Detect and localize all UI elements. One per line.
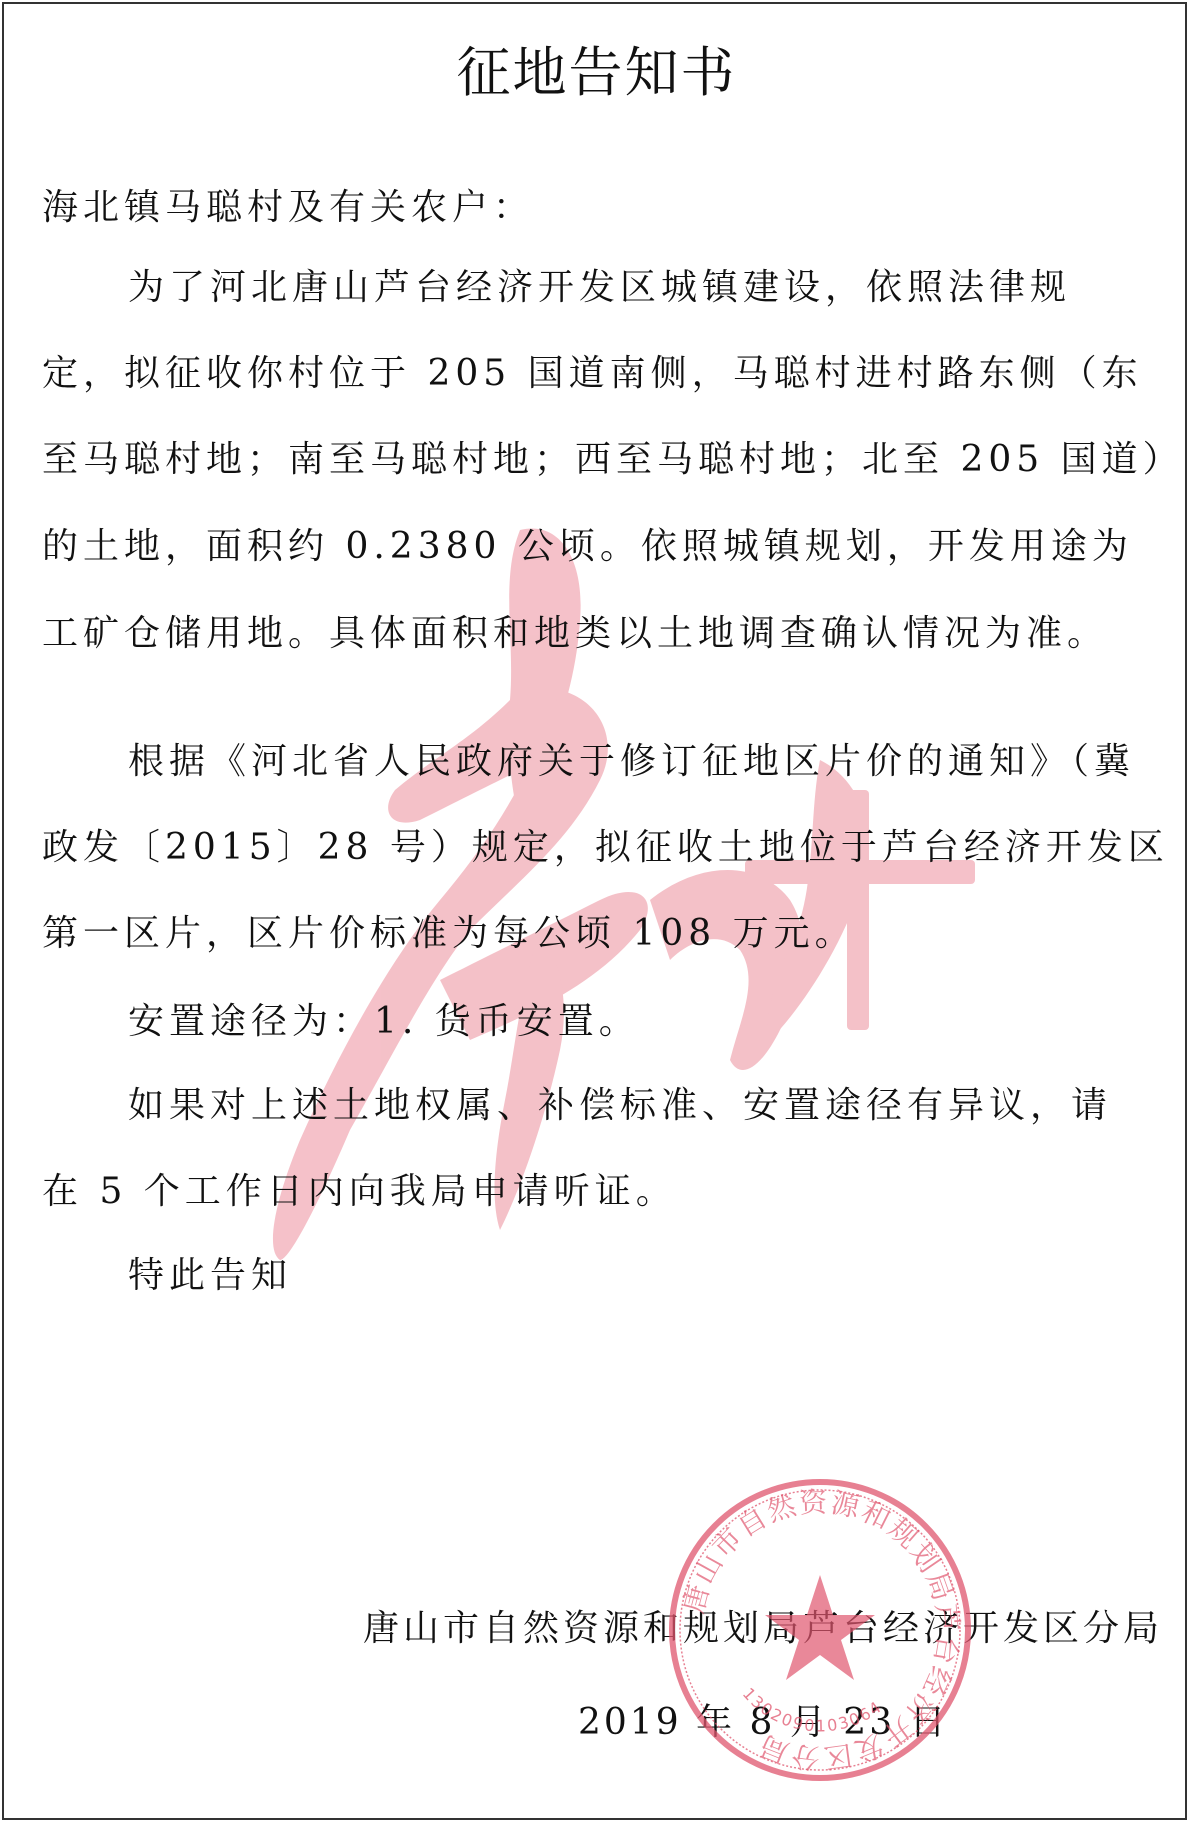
paragraph-1-line-2: 定，拟征收你村位于 205 国道南侧，马聪村进村路东侧（东 xyxy=(42,352,1162,396)
closing-text: 特此告知 xyxy=(128,1254,1193,1298)
paragraph-3: 安置途径为：1. 货币安置。 xyxy=(128,1000,1193,1044)
paragraph-2-line-3: 第一区片，区片价标准为每公顷 108 万元。 xyxy=(42,912,1162,956)
paragraph-1-line-3: 至马聪村地；南至马聪村地；西至马聪村地；北至 205 国道） xyxy=(42,438,1162,482)
paragraph-1-line-5: 工矿仓储用地。具体面积和地类以土地调查确认情况为准。 xyxy=(42,612,1162,656)
issue-date: 2019 年 8 月 23 日 xyxy=(578,1694,949,1745)
paragraph-1-line-1: 为了河北唐山芦台经济开发区城镇建设，依照法律规 xyxy=(128,266,1162,310)
paragraph-4-line-1: 如果对上述土地权属、补偿标准、安置途径有异议，请 xyxy=(128,1084,1193,1128)
paragraph-1-line-4: 的土地，面积约 0.2380 公顷。依照城镇规划，开发用途为 xyxy=(42,525,1162,569)
salutation: 海北镇马聪村及有关农户： xyxy=(42,186,1162,230)
issuer-name: 唐山市自然资源和规划局芦台经济开发区分局 xyxy=(363,1600,1163,1651)
paragraph-2-line-2: 政发〔2015〕28 号）规定，拟征收土地位于芦台经济开发区 xyxy=(42,826,1162,870)
document-title: 征地告知书 xyxy=(0,30,1193,107)
paragraph-4-line-2: 在 5 个工作日内向我局申请听证。 xyxy=(42,1170,1162,1214)
paragraph-2-line-1: 根据《河北省人民政府关于修订征地区片价的通知》（冀 xyxy=(128,740,1193,784)
document-body: 征地告知书 海北镇马聪村及有关农户： 为了河北唐山芦台经济开发区城镇建设，依照法… xyxy=(0,0,1193,1825)
